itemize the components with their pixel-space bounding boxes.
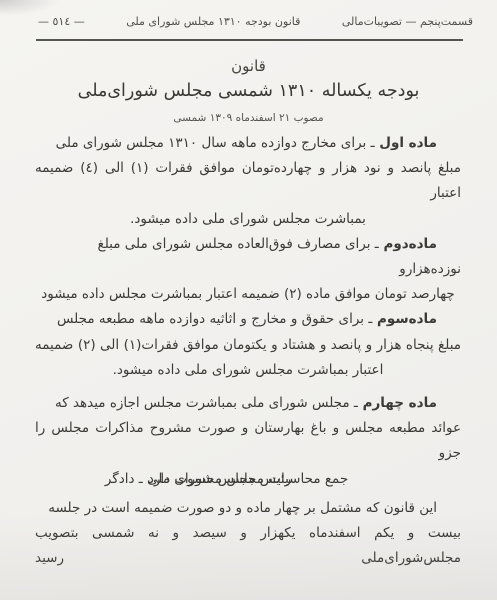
header-page-number: — ٥١٤ — bbox=[38, 15, 85, 28]
law-subtitle: بودجه یکساله ۱۳۱۰ شمسی مجلس شورای‌ملی bbox=[0, 81, 497, 101]
approval-note: مصوب ۲۱ اسفندماه ۱۳۰۹ شمسی bbox=[0, 112, 497, 124]
article-label: ماده‌سوم bbox=[372, 311, 437, 327]
page-header: قسمت‌پنجم — تصویبات‌مالی قانون بودجه ۱۳۱… bbox=[38, 15, 473, 28]
article-label: ماده چهارم bbox=[358, 395, 437, 411]
text-line: بیست و یکم اسفندماه یکهزار و سیصد و نه ش… bbox=[35, 521, 461, 571]
text-line: مبلغ پانصد و نود هزار و چهارده‌تومان موا… bbox=[35, 156, 461, 206]
text-line: عوائد مطبعه مجلس و باغ بهارستان و صورت م… bbox=[35, 416, 461, 466]
text-line: مبلغ پنجاه هزار و پانصد و هشتاد و یکتوما… bbox=[35, 333, 461, 358]
article-label: ماده اول bbox=[375, 135, 437, 151]
signature-line: رئیس مجلس شورای ملی ـ دادگر bbox=[0, 467, 411, 492]
closing: این قانون که مشتمل بر چهار ماده و دو صور… bbox=[35, 496, 461, 572]
article-3: ماده‌سوم ـ برای حقوق و مخارج و اثاثیه دو… bbox=[35, 307, 461, 383]
law-title: قانون bbox=[0, 57, 497, 75]
text-line: ماده اول ـ برای مخارج دوازده ماهه سال ۱۳… bbox=[35, 131, 461, 156]
article-2: ماده‌دوم ـ برای مصارف فوق‌العاده مجلس شو… bbox=[35, 232, 461, 308]
scanned-page: قسمت‌پنجم — تصویبات‌مالی قانون بودجه ۱۳۱… bbox=[0, 0, 497, 600]
text-line: بمباشرت مجلس شورای ملی داده میشود. bbox=[35, 207, 461, 232]
header-rule bbox=[36, 39, 463, 41]
article-1: ماده اول ـ برای مخارج دوازده ماهه سال ۱۳… bbox=[35, 131, 461, 232]
text-line: ماده‌سوم ـ برای حقوق و مخارج و اثاثیه دو… bbox=[35, 307, 461, 332]
text-line: اعتبار بمباشرت مجلس شورای ملی داده میشود… bbox=[35, 358, 461, 383]
article-label: ماده‌دوم bbox=[379, 236, 437, 252]
text-line: ماده چهارم ـ مجلس شورای ملی بمباشرت مجلس… bbox=[35, 391, 461, 416]
header-section-label: قسمت‌پنجم — تصویبات‌مالی bbox=[342, 15, 473, 28]
header-chapter-label: قانون بودجه ۱۳۱۰ مجلس شورای ملی bbox=[126, 15, 300, 28]
text-line: این قانون که مشتمل بر چهار ماده و دو صور… bbox=[35, 496, 461, 521]
text-line: چهارصد تومان موافق ماده (۲) ضمیمه اعتبار… bbox=[35, 282, 461, 307]
text-line: ماده‌دوم ـ برای مصارف فوق‌العاده مجلس شو… bbox=[35, 232, 461, 282]
law-body: ماده اول ـ برای مخارج دوازده ماهه سال ۱۳… bbox=[35, 131, 461, 571]
